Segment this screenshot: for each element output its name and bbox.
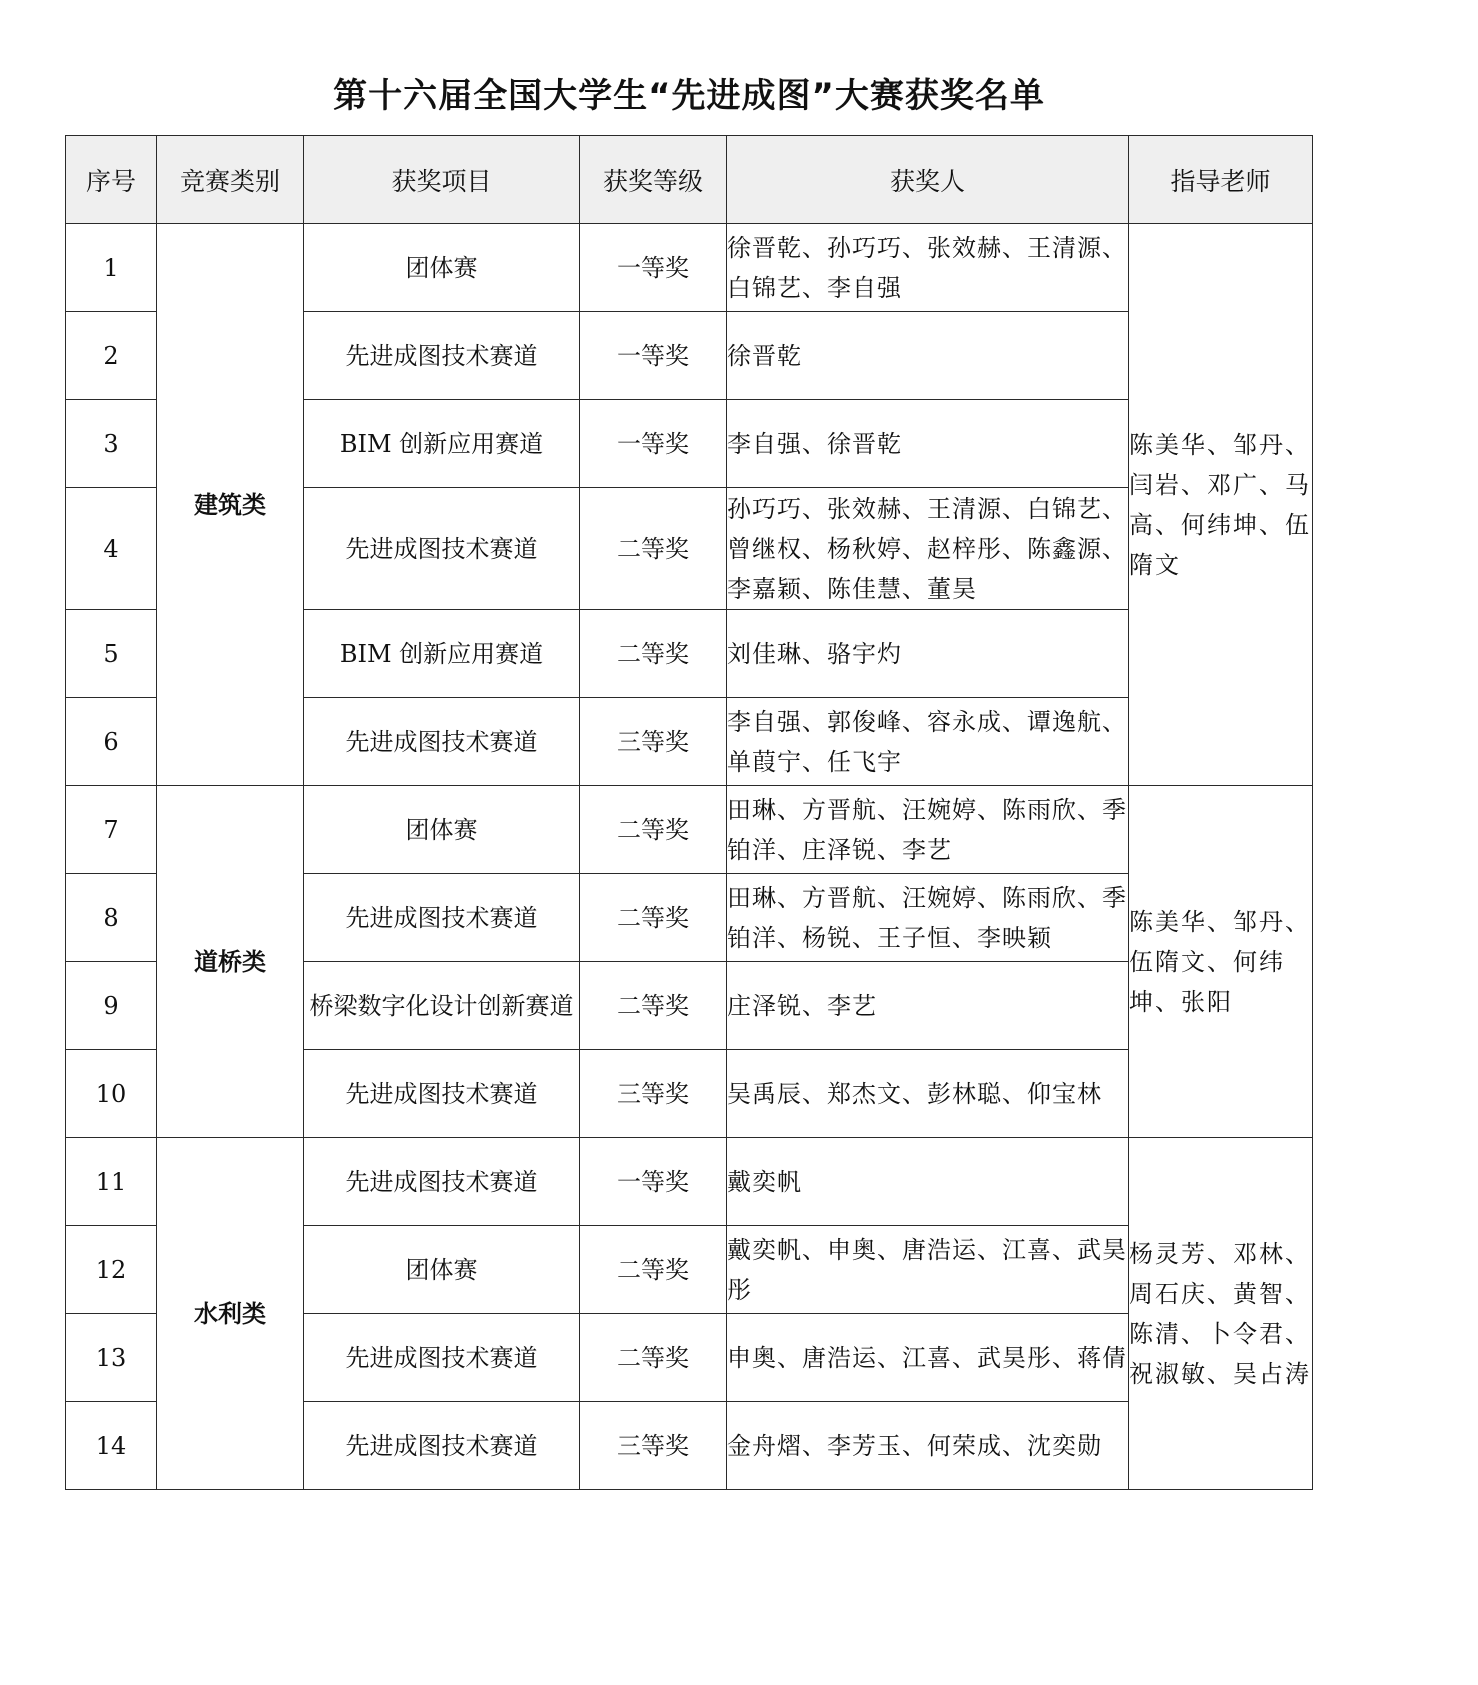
table-row: 7 道桥类 团体赛 二等奖 田琳、方晋航、汪婉婷、陈雨欣、季铂洋、庄泽锐、李艺 … bbox=[66, 786, 1313, 874]
award-level: 三等奖 bbox=[580, 1402, 727, 1490]
winners: 庄泽锐、李艺 bbox=[727, 962, 1129, 1050]
winners: 戴奕帆 bbox=[727, 1138, 1129, 1226]
serial-number: 8 bbox=[66, 874, 157, 962]
table-header-row: 序号 竞赛类别 获奖项目 获奖等级 获奖人 指导老师 bbox=[66, 136, 1313, 224]
award-item: 桥梁数字化设计创新赛道 bbox=[304, 962, 580, 1050]
award-item: 先进成图技术赛道 bbox=[304, 698, 580, 786]
category-cell: 建筑类 bbox=[157, 224, 304, 786]
award-level: 一等奖 bbox=[580, 1138, 727, 1226]
winners: 徐晋乾、孙巧巧、张效赫、王清源、白锦艺、李自强 bbox=[727, 224, 1129, 312]
winners: 吴禹辰、郑杰文、彭林聪、仰宝林 bbox=[727, 1050, 1129, 1138]
serial-number: 6 bbox=[66, 698, 157, 786]
award-level: 三等奖 bbox=[580, 1050, 727, 1138]
category-cell: 道桥类 bbox=[157, 786, 304, 1138]
award-item: 团体赛 bbox=[304, 786, 580, 874]
header-advisors: 指导老师 bbox=[1129, 136, 1313, 224]
award-level: 二等奖 bbox=[580, 1226, 727, 1314]
table-row: 1 建筑类 团体赛 一等奖 徐晋乾、孙巧巧、张效赫、王清源、白锦艺、李自强 陈美… bbox=[66, 224, 1313, 312]
award-table: 序号 竞赛类别 获奖项目 获奖等级 获奖人 指导老师 1 建筑类 团体赛 一等奖… bbox=[65, 135, 1313, 1490]
winners: 李自强、徐晋乾 bbox=[727, 400, 1129, 488]
winners: 刘佳琳、骆宇灼 bbox=[727, 610, 1129, 698]
award-item: 先进成图技术赛道 bbox=[304, 1050, 580, 1138]
winners: 徐晋乾 bbox=[727, 312, 1129, 400]
award-level: 一等奖 bbox=[580, 224, 727, 312]
award-level: 一等奖 bbox=[580, 400, 727, 488]
award-level: 二等奖 bbox=[580, 786, 727, 874]
serial-number: 12 bbox=[66, 1226, 157, 1314]
award-item: 先进成图技术赛道 bbox=[304, 312, 580, 400]
award-item: 先进成图技术赛道 bbox=[304, 1138, 580, 1226]
award-item: 先进成图技术赛道 bbox=[304, 1314, 580, 1402]
award-level: 二等奖 bbox=[580, 1314, 727, 1402]
award-item: 团体赛 bbox=[304, 224, 580, 312]
page-title: 第十六届全国大学生“先进成图”大赛获奖名单 bbox=[0, 66, 1378, 126]
award-item: BIM 创新应用赛道 bbox=[304, 610, 580, 698]
header-category: 竞赛类别 bbox=[157, 136, 304, 224]
winners: 田琳、方晋航、汪婉婷、陈雨欣、季铂洋、庄泽锐、李艺 bbox=[727, 786, 1129, 874]
award-level: 三等奖 bbox=[580, 698, 727, 786]
winners: 申奥、唐浩运、江喜、武昊彤、蒋倩 bbox=[727, 1314, 1129, 1402]
serial-number: 14 bbox=[66, 1402, 157, 1490]
award-level: 二等奖 bbox=[580, 488, 727, 610]
winners: 戴奕帆、申奥、唐浩运、江喜、武昊彤 bbox=[727, 1226, 1129, 1314]
header-award-item: 获奖项目 bbox=[304, 136, 580, 224]
table-row: 11 水利类 先进成图技术赛道 一等奖 戴奕帆 杨灵芳、邓林、周石庆、黄智、陈清… bbox=[66, 1138, 1313, 1226]
winners: 金舟熠、李芳玉、何荣成、沈奕勋 bbox=[727, 1402, 1129, 1490]
award-level: 二等奖 bbox=[580, 874, 727, 962]
award-level: 一等奖 bbox=[580, 312, 727, 400]
serial-number: 5 bbox=[66, 610, 157, 698]
header-serial-number: 序号 bbox=[66, 136, 157, 224]
serial-number: 2 bbox=[66, 312, 157, 400]
serial-number: 11 bbox=[66, 1138, 157, 1226]
award-level: 二等奖 bbox=[580, 962, 727, 1050]
winners: 田琳、方晋航、汪婉婷、陈雨欣、季铂洋、杨锐、王子恒、李映颖 bbox=[727, 874, 1129, 962]
advisors-cell: 陈美华、邹丹、伍隋文、何纬坤、张阳 bbox=[1129, 786, 1313, 1138]
award-item: 团体赛 bbox=[304, 1226, 580, 1314]
serial-number: 4 bbox=[66, 488, 157, 610]
winners: 孙巧巧、张效赫、王清源、白锦艺、曾继权、杨秋婷、赵梓彤、陈鑫源、李嘉颖、陈佳慧、… bbox=[727, 488, 1129, 610]
advisors-cell: 陈美华、邹丹、闫岩、邓广、马高、何纬坤、伍隋文 bbox=[1129, 224, 1313, 786]
header-award-level: 获奖等级 bbox=[580, 136, 727, 224]
serial-number: 13 bbox=[66, 1314, 157, 1402]
award-item: 先进成图技术赛道 bbox=[304, 1402, 580, 1490]
serial-number: 10 bbox=[66, 1050, 157, 1138]
award-level: 二等奖 bbox=[580, 610, 727, 698]
serial-number: 7 bbox=[66, 786, 157, 874]
award-item: BIM 创新应用赛道 bbox=[304, 400, 580, 488]
award-item: 先进成图技术赛道 bbox=[304, 488, 580, 610]
advisors-cell: 杨灵芳、邓林、周石庆、黄智、陈清、卜令君、祝淑敏、吴占涛 bbox=[1129, 1138, 1313, 1490]
category-cell: 水利类 bbox=[157, 1138, 304, 1490]
serial-number: 1 bbox=[66, 224, 157, 312]
header-winners: 获奖人 bbox=[727, 136, 1129, 224]
award-item: 先进成图技术赛道 bbox=[304, 874, 580, 962]
serial-number: 9 bbox=[66, 962, 157, 1050]
serial-number: 3 bbox=[66, 400, 157, 488]
winners: 李自强、郭俊峰、容永成、谭逸航、单葭宁、任飞宇 bbox=[727, 698, 1129, 786]
